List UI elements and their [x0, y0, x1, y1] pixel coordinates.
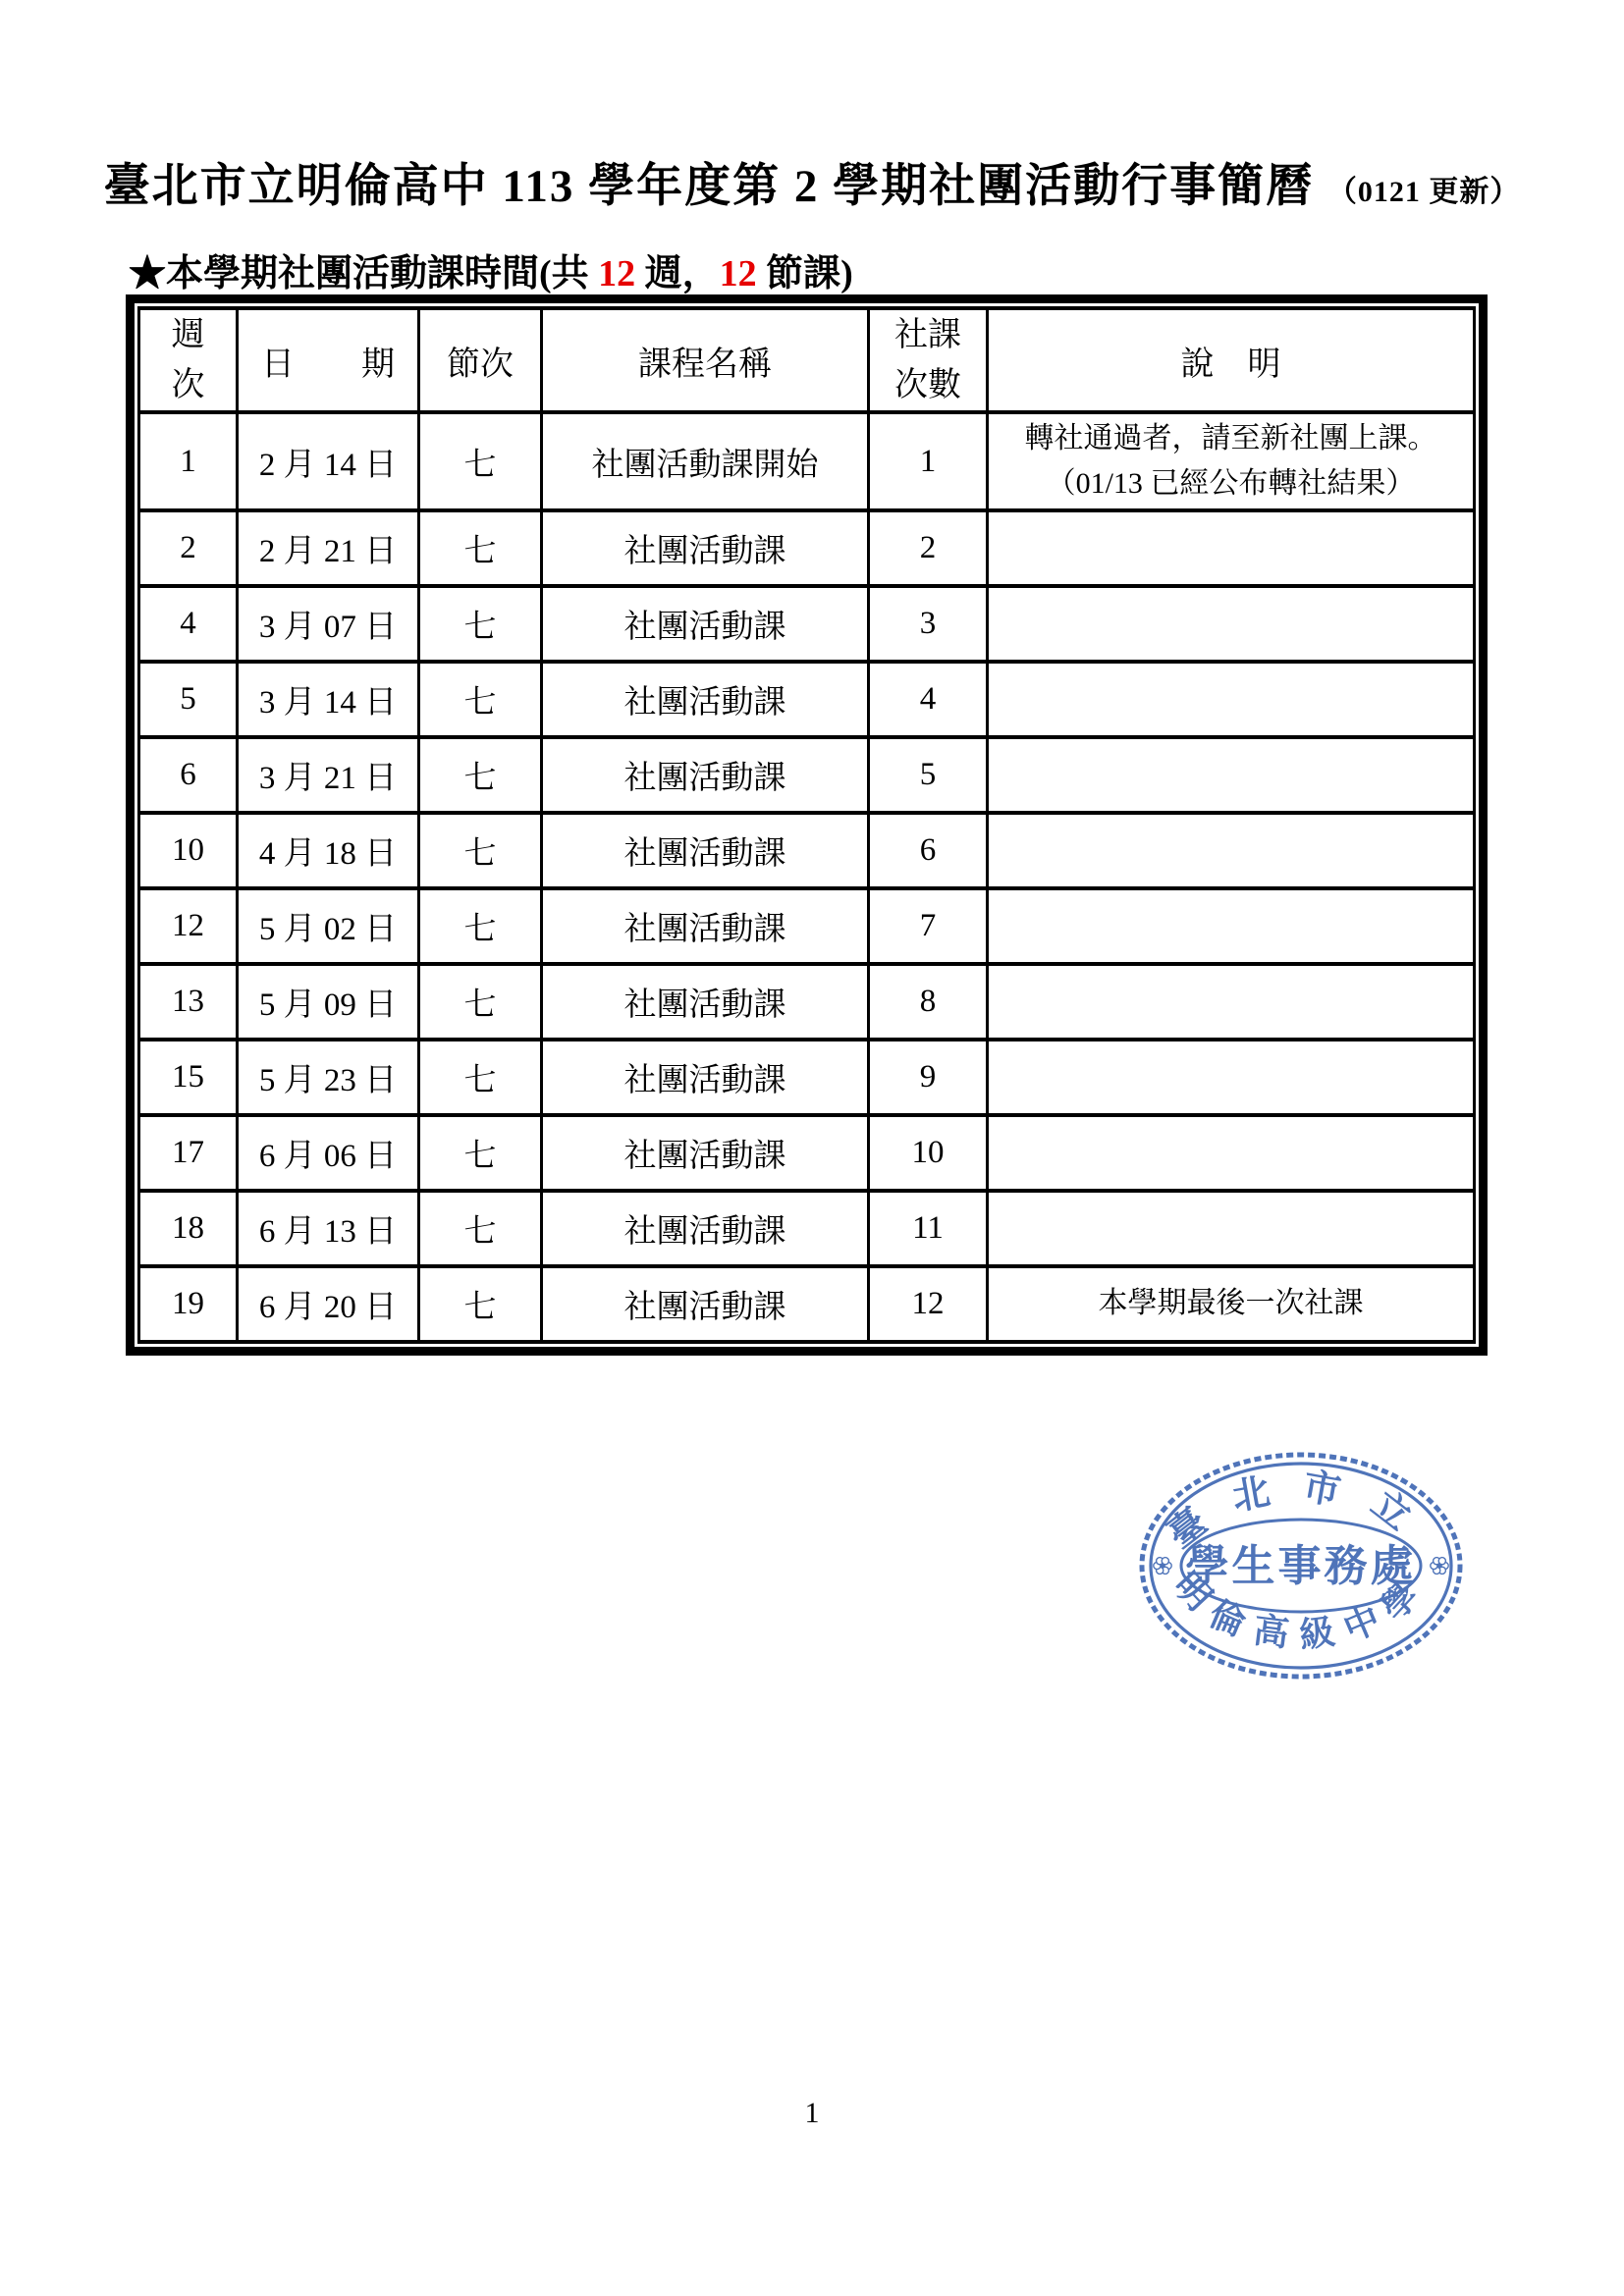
cell-session: 1	[869, 412, 988, 510]
header-course: 課程名稱	[542, 308, 869, 412]
header-date: 日 期	[238, 308, 419, 412]
cell-period: 七	[419, 510, 542, 586]
document-page: 臺北市立明倫高中 113 學年度第 2 學期社團活動行事簡曆 （0121 更新）…	[0, 0, 1624, 2296]
cell-session: 8	[869, 964, 988, 1040]
cell-week: 2	[139, 510, 238, 586]
cell-course: 社團活動課	[542, 1115, 869, 1191]
cell-course: 社團活動課	[542, 1191, 869, 1266]
cell-remark: 本學期最後一次社課	[988, 1266, 1475, 1342]
cell-session: 5	[869, 737, 988, 813]
cell-remark	[988, 1191, 1475, 1266]
cell-session: 6	[869, 813, 988, 888]
cell-period: 七	[419, 662, 542, 737]
school-seal-stamp: 臺北市立 學生事務處 明倫高級中學	[1136, 1450, 1468, 1683]
table-row: 12 5 月 02 日 七 社團活動課 7	[139, 888, 1475, 964]
cell-course: 社團活動課	[542, 964, 869, 1040]
header-session-count: 社課 次數	[869, 308, 988, 412]
page-title-main: 臺北市立明倫高中 113 學年度第 2 學期社團活動行事簡曆	[104, 161, 1314, 212]
table-row: 4 3 月 07 日 七 社團活動課 3	[139, 586, 1475, 662]
cell-week: 12	[139, 888, 238, 964]
cell-week: 4	[139, 586, 238, 662]
cell-remark	[988, 510, 1475, 586]
cell-date: 5 月 23 日	[238, 1040, 419, 1115]
cell-session: 4	[869, 662, 988, 737]
cell-week: 18	[139, 1191, 238, 1266]
cell-remark	[988, 586, 1475, 662]
cell-session: 7	[869, 888, 988, 964]
cell-session: 3	[869, 586, 988, 662]
cell-date: 3 月 21 日	[238, 737, 419, 813]
seal-left-flower	[1154, 1558, 1171, 1575]
cell-period: 七	[419, 888, 542, 964]
cell-date: 2 月 21 日	[238, 510, 419, 586]
cell-date: 5 月 09 日	[238, 964, 419, 1040]
remark-line: 本學期最後一次社課	[993, 1281, 1469, 1327]
cell-period: 七	[419, 412, 542, 510]
cell-date: 5 月 02 日	[238, 888, 419, 964]
schedule-subtitle: ★本學期社團活動課時間(共 12 週，12 節課)	[129, 242, 853, 296]
cell-course: 社團活動課	[542, 662, 869, 737]
cell-course: 社團活動課	[542, 1266, 869, 1342]
cell-remark	[988, 662, 1475, 737]
seal-center-text: 學生事務處	[1186, 1542, 1417, 1590]
header-week: 週 次	[139, 308, 238, 412]
table-row: 1 2 月 14 日 七 社團活動課開始 1 轉社通過者，請至新社團上課。（01…	[139, 412, 1475, 510]
table-row: 17 6 月 06 日 七 社團活動課 10	[139, 1115, 1475, 1191]
cell-remark	[988, 964, 1475, 1040]
subtitle-mid: 週，	[635, 253, 720, 294]
cell-week: 6	[139, 737, 238, 813]
subtitle-weeks-count: 12	[598, 253, 635, 294]
remark-line: 轉社通過者，請至新社團上課。	[993, 416, 1469, 462]
cell-period: 七	[419, 586, 542, 662]
cell-date: 6 月 13 日	[238, 1191, 419, 1266]
cell-date: 4 月 18 日	[238, 813, 419, 888]
cell-week: 19	[139, 1266, 238, 1342]
header-period: 節次	[419, 308, 542, 412]
cell-date: 2 月 14 日	[238, 412, 419, 510]
table-row: 18 6 月 13 日 七 社團活動課 11	[139, 1191, 1475, 1266]
cell-remark: 轉社通過者，請至新社團上課。（01/13 已經公布轉社結果）	[988, 412, 1475, 510]
table-row: 15 5 月 23 日 七 社團活動課 9	[139, 1040, 1475, 1115]
table-row: 5 3 月 14 日 七 社團活動課 4	[139, 662, 1475, 737]
cell-period: 七	[419, 1040, 542, 1115]
table-row: 13 5 月 09 日 七 社團活動課 8	[139, 964, 1475, 1040]
page-number: 1	[0, 2097, 1624, 2130]
table-row: 10 4 月 18 日 七 社團活動課 6	[139, 813, 1475, 888]
remark-line: （01/13 已經公布轉社結果）	[993, 461, 1469, 507]
cell-week: 13	[139, 964, 238, 1040]
school-seal-svg: 臺北市立 學生事務處 明倫高級中學	[1136, 1450, 1468, 1683]
cell-course: 社團活動課	[542, 586, 869, 662]
cell-date: 6 月 20 日	[238, 1266, 419, 1342]
cell-course: 社團活動課	[542, 737, 869, 813]
cell-course: 社團活動課	[542, 888, 869, 964]
cell-session: 12	[869, 1266, 988, 1342]
cell-session: 10	[869, 1115, 988, 1191]
cell-session: 2	[869, 510, 988, 586]
cell-week: 10	[139, 813, 238, 888]
cell-course: 社團活動課開始	[542, 412, 869, 510]
cell-period: 七	[419, 1266, 542, 1342]
header-remark: 說 明	[988, 308, 1475, 412]
schedule-table-frame: 週 次 日 期 節次 課程名稱 社課 次數 說 明 1 2 月 14 日 七	[126, 294, 1488, 1356]
cell-week: 1	[139, 412, 238, 510]
cell-course: 社團活動課	[542, 813, 869, 888]
cell-remark	[988, 1040, 1475, 1115]
schedule-table: 週 次 日 期 節次 課程名稱 社課 次數 說 明 1 2 月 14 日 七	[137, 306, 1476, 1344]
cell-course: 社團活動課	[542, 510, 869, 586]
cell-course: 社團活動課	[542, 1040, 869, 1115]
cell-period: 七	[419, 964, 542, 1040]
table-row: 6 3 月 21 日 七 社團活動課 5	[139, 737, 1475, 813]
cell-session: 11	[869, 1191, 988, 1266]
cell-week: 5	[139, 662, 238, 737]
cell-period: 七	[419, 1115, 542, 1191]
cell-remark	[988, 737, 1475, 813]
subtitle-sessions-count: 12	[720, 253, 757, 294]
cell-period: 七	[419, 1191, 542, 1266]
table-row: 19 6 月 20 日 七 社團活動課 12 本學期最後一次社課	[139, 1266, 1475, 1342]
seal-right-flower	[1431, 1558, 1448, 1575]
page-title-update-note: （0121 更新）	[1327, 176, 1521, 208]
cell-week: 15	[139, 1040, 238, 1115]
cell-period: 七	[419, 737, 542, 813]
cell-date: 3 月 14 日	[238, 662, 419, 737]
cell-date: 3 月 07 日	[238, 586, 419, 662]
cell-remark	[988, 813, 1475, 888]
subtitle-prefix: ★本學期社團活動課時間(共	[129, 253, 598, 294]
cell-date: 6 月 06 日	[238, 1115, 419, 1191]
cell-remark	[988, 1115, 1475, 1191]
subtitle-suffix: 節課)	[757, 253, 853, 294]
cell-period: 七	[419, 813, 542, 888]
table-row: 2 2 月 21 日 七 社團活動課 2	[139, 510, 1475, 586]
cell-week: 17	[139, 1115, 238, 1191]
page-title: 臺北市立明倫高中 113 學年度第 2 學期社團活動行事簡曆 （0121 更新）	[39, 149, 1585, 215]
cell-session: 9	[869, 1040, 988, 1115]
cell-remark	[988, 888, 1475, 964]
table-body: 1 2 月 14 日 七 社團活動課開始 1 轉社通過者，請至新社團上課。（01…	[139, 412, 1475, 1342]
table-header-row: 週 次 日 期 節次 課程名稱 社課 次數 說 明	[139, 308, 1475, 412]
